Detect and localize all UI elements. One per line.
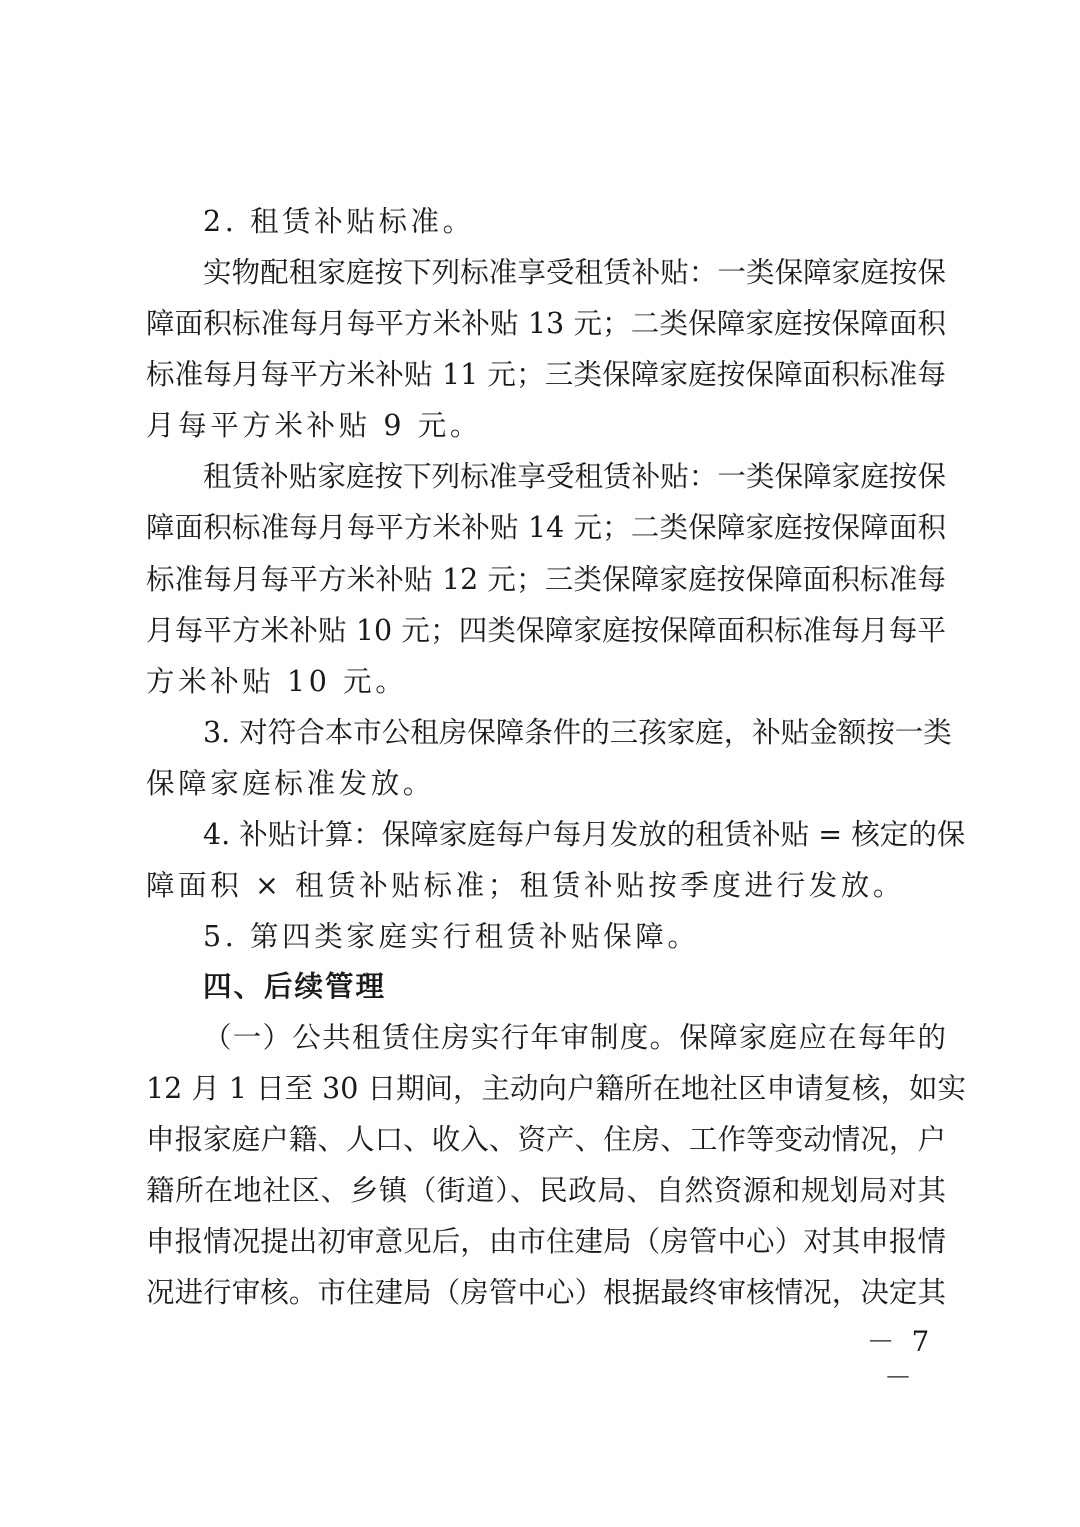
paragraph-annual-review-line-5: 申报情况提出初审意见后，由市住建局（房管中心）对其申报情 — [146, 1222, 946, 1262]
item-2-title: 2. 租赁补贴标准。 — [203, 202, 946, 242]
item-4-line-1: 4. 补贴计算：保障家庭每户每月发放的租赁补贴 = 核定的保 — [203, 815, 946, 855]
paragraph-physical-rental-line-2: 障面积标准每月每平方米补贴 13 元；二类保障家庭按保障面积 — [146, 304, 946, 344]
paragraph-physical-rental-line-1: 实物配租家庭按下列标准享受租赁补贴：一类保障家庭按保 — [203, 253, 946, 293]
paragraph-annual-review-line-1: （一）公共租赁住房实行年审制度。保障家庭应在每年的 — [203, 1018, 946, 1058]
paragraph-annual-review-line-3: 申报家庭户籍、人口、收入、资产、住房、工作等变动情况，户 — [146, 1120, 946, 1160]
paragraph-rent-subsidy-line-5: 方米补贴 10 元。 — [146, 662, 946, 702]
item-3-line-2: 保障家庭标准发放。 — [146, 764, 946, 804]
section-heading-follow-up-management: 四、后续管理 — [203, 967, 946, 1007]
paragraph-annual-review-line-2: 12 月 1 日至 30 日期间，主动向户籍所在地社区申请复核，如实 — [146, 1069, 946, 1109]
item-5: 5. 第四类家庭实行租赁补贴保障。 — [203, 917, 946, 957]
paragraph-annual-review-line-6: 况进行审核。市住建局（房管中心）根据最终审核情况，决定其 — [146, 1273, 946, 1313]
paragraph-rent-subsidy-line-1: 租赁补贴家庭按下列标准享受租赁补贴：一类保障家庭按保 — [203, 457, 946, 497]
paragraph-rent-subsidy-line-2: 障面积标准每月每平方米补贴 14 元；二类保障家庭按保障面积 — [146, 508, 946, 548]
paragraph-annual-review-line-4: 籍所在地社区、乡镇（街道）、民政局、自然资源和规划局对其 — [146, 1171, 946, 1211]
document-page: 2. 租赁补贴标准。 实物配租家庭按下列标准享受租赁补贴：一类保障家庭按保 障面… — [0, 0, 1080, 1527]
paragraph-physical-rental-line-3: 标准每月每平方米补贴 11 元；三类保障家庭按保障面积标准每 — [146, 355, 946, 395]
page-number: － 7 － — [860, 1324, 940, 1360]
paragraph-physical-rental-line-4: 月每平方米补贴 9 元。 — [146, 406, 946, 446]
item-4-line-2: 障面积 × 租赁补贴标准；租赁补贴按季度进行发放。 — [146, 866, 946, 906]
paragraph-rent-subsidy-line-3: 标准每月每平方米补贴 12 元；三类保障家庭按保障面积标准每 — [146, 560, 946, 600]
item-3-line-1: 3. 对符合本市公租房保障条件的三孩家庭，补贴金额按一类 — [203, 713, 946, 753]
paragraph-rent-subsidy-line-4: 月每平方米补贴 10 元；四类保障家庭按保障面积标准每月每平 — [146, 611, 946, 651]
